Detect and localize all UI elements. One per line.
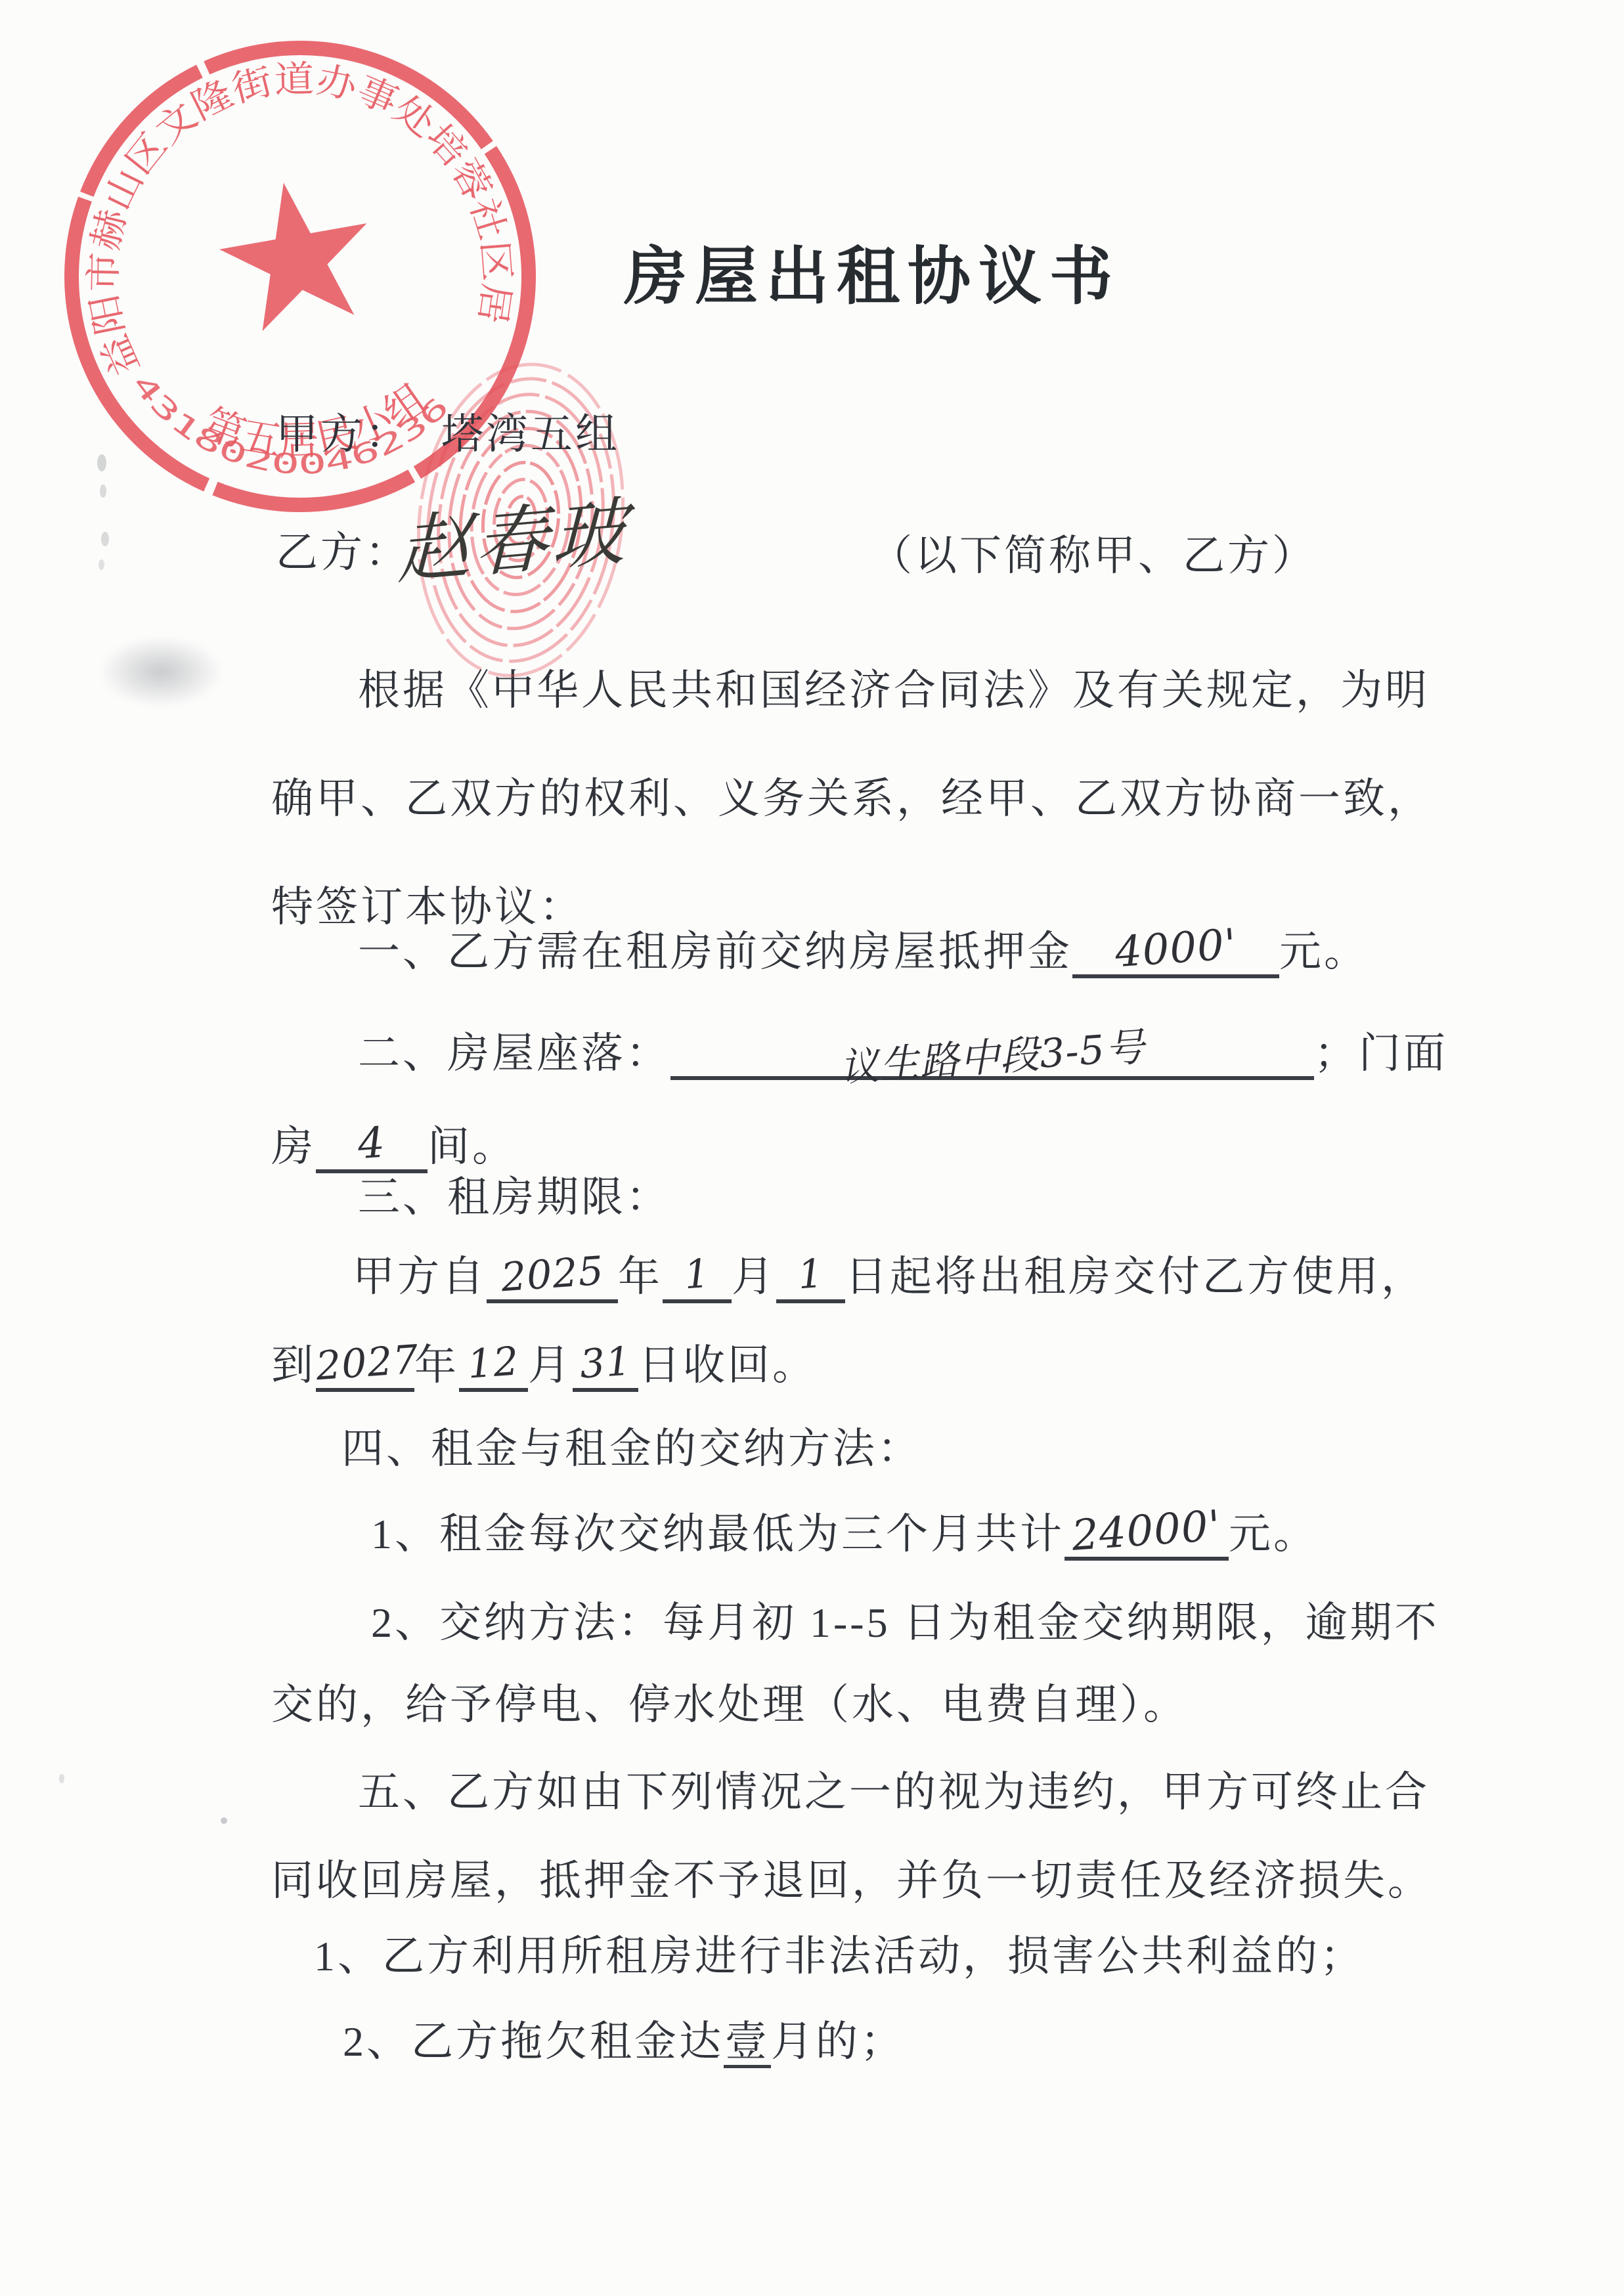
rent-handwritten: 24000' <box>1070 1502 1223 1561</box>
party-b-label: 乙方： <box>276 529 410 576</box>
year-label: 年 <box>618 1253 663 1300</box>
party-b-signature: 赵春玻 <box>397 472 630 599</box>
official-round-seal: 益阳市赫山区文隆街道办事处培蓉社区居民委员会 第五居民小组 4318020046… <box>15 0 586 561</box>
clause-1-deposit-line: 一、乙方需在租房前交纳房屋抵押金4000'元。 <box>358 918 1369 978</box>
start-day-handwritten: 1 <box>797 1251 825 1299</box>
start-month-blank: 1 <box>663 1249 732 1303</box>
party-a-line: 甲方：塔湾五组 <box>276 401 620 461</box>
end-year-blank: 2027 <box>316 1338 414 1392</box>
scan-artifact <box>59 1774 64 1783</box>
deposit-blank: 4000' <box>1072 924 1279 978</box>
preamble-line-2: 确甲、乙双方的权利、义务关系，经甲、乙双方协商一致， <box>271 765 1432 825</box>
start-year-handwritten: 2025 <box>499 1248 605 1301</box>
end-day-blank: 31 <box>573 1338 638 1392</box>
clause-1-text: 一、乙方需在租房前交纳房屋抵押金 <box>358 928 1072 975</box>
end-year-handwritten: 2027 <box>315 1337 420 1390</box>
document-title: 房屋出租协议书 <box>624 227 1120 316</box>
seal-star-icon <box>210 169 382 336</box>
clause-5-item-1: 1、乙方利用所租房进行非法活动，损害公共利益的； <box>314 1922 1365 1983</box>
lease-start-pre: 甲方自 <box>353 1253 487 1300</box>
rent-blank: 24000' <box>1064 1507 1229 1561</box>
start-year-blank: 2025 <box>487 1249 618 1303</box>
address-blank: 议生路中段3-5号 <box>670 1026 1314 1080</box>
party-a-label: 甲方： <box>276 411 410 458</box>
start-month-handwritten: 1 <box>683 1251 712 1299</box>
rent-amount-line: 1、租金每次交纳最低为三个月共计24000'元。 <box>371 1500 1318 1561</box>
end-day-handwritten: 31 <box>578 1339 632 1388</box>
scanned-rental-agreement-page: { "page": { "background": "#fcfcfb", "in… <box>0 0 1624 2296</box>
lease-end-post: 日收回。 <box>638 1342 817 1389</box>
lease-end-line: 到2027年12月31日收回。 <box>271 1332 817 1392</box>
month-label: 月 <box>732 1253 776 1300</box>
end-month-blank: 12 <box>459 1338 528 1392</box>
arrears-post: 月的； <box>771 2018 905 2065</box>
clause-4-heading: 四、租金与租金的交纳方法： <box>341 1415 922 1475</box>
start-day-blank: 1 <box>776 1249 845 1303</box>
scan-artifact <box>221 1817 227 1824</box>
alias-note: （以下简称甲、乙方） <box>870 522 1317 582</box>
svg-text:益阳市赫山区文隆街道办事处培蓉社区居民委员会: 益阳市赫山区文隆街道办事处培蓉社区居民委员会 <box>15 0 531 407</box>
clause-2-label: 二、房屋座落： <box>358 1030 670 1077</box>
rent-amount-unit: 元。 <box>1229 1511 1318 1557</box>
rent-amount-pre: 1、租金每次交纳最低为三个月共计 <box>371 1511 1064 1557</box>
lease-start-post: 日起将出租房交付乙方使用， <box>845 1253 1426 1300</box>
address-handwritten: 议生路中段3-5号 <box>838 1016 1147 1093</box>
lease-start-line: 甲方自2025年1月1日起将出租房交付乙方使用， <box>353 1243 1426 1303</box>
clause-5-item-2: 2、乙方拖欠租金达壹月的； <box>343 2008 905 2068</box>
end-month-handwritten: 12 <box>466 1339 521 1388</box>
clause-5-line-1: 五、乙方如由下列情况之一的视为违约，甲方可终止合 <box>358 1758 1430 1819</box>
clause-5-line-2: 同收回房屋，抵押金不予退回，并负一切责任及经济损失。 <box>271 1847 1432 1907</box>
seal-ring-text: 益阳市赫山区文隆街道办事处培蓉社区居民委员会 <box>15 0 531 407</box>
payment-method-line-2: 交的，给予停电、停水处理（水、电费自理）。 <box>271 1671 1188 1731</box>
clause-2-location-line: 二、房屋座落：议生路中段3-5号；门面 <box>358 1020 1448 1080</box>
deposit-handwritten: 4000' <box>1113 921 1238 978</box>
rooms-pre: 房 <box>271 1123 316 1170</box>
clause-3-heading: 三、租房期限： <box>358 1163 670 1224</box>
end-year-label: 年 <box>414 1342 459 1389</box>
rooms-handwritten: 4 <box>357 1119 387 1169</box>
payment-method-line-1: 2、交纳方法：每月初 1--5 日为租金交纳期限，逾期不 <box>371 1589 1439 1649</box>
scan-smudge <box>99 636 223 708</box>
party-a-value: 塔湾五组 <box>441 411 620 458</box>
arrears-pre: 2、乙方拖欠租金达 <box>343 2018 724 2065</box>
end-month-label: 月 <box>528 1342 573 1389</box>
clause-1-unit: 元。 <box>1279 928 1369 975</box>
lease-end-pre: 到 <box>271 1342 316 1389</box>
party-b-line: 乙方： <box>276 519 410 579</box>
arrears-emphasis: 壹 <box>724 2018 771 2068</box>
clause-2-post: ；门面 <box>1314 1030 1448 1077</box>
